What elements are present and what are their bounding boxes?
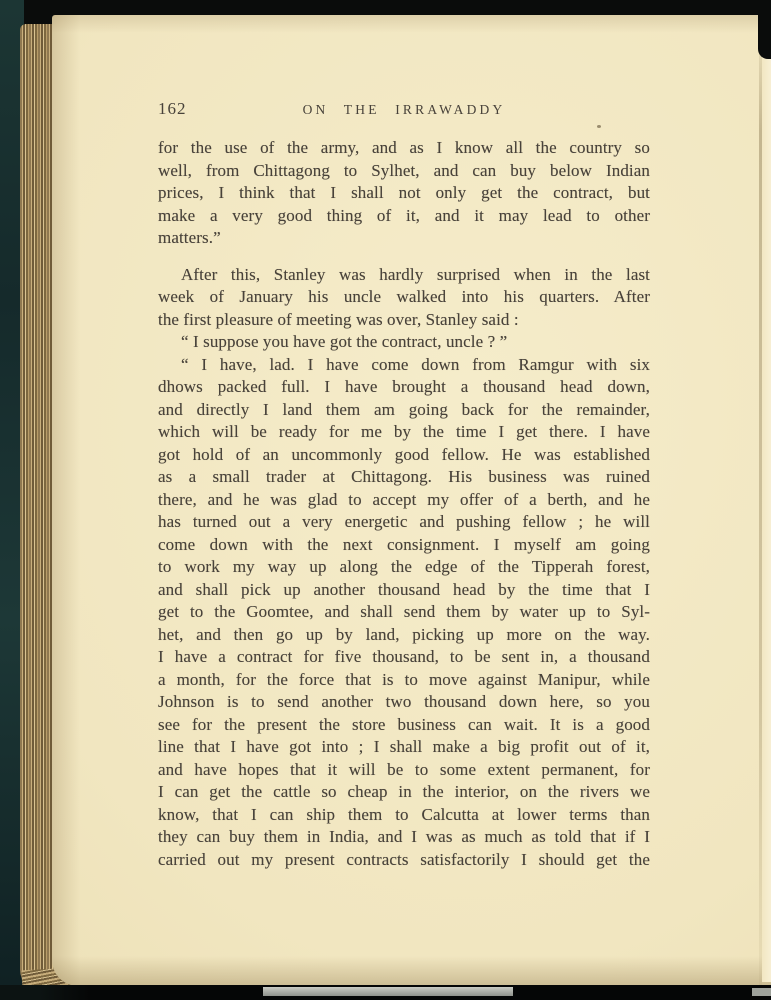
text-line: make a very good thing of it, and it may…	[158, 205, 650, 228]
text-line: as a small trader at Chittagong. His bus…	[158, 466, 650, 489]
book-page: 162 ON THE IRRAWADDY for the use of the …	[52, 15, 771, 986]
paragraph: “ I suppose you have got the contract, u…	[158, 331, 650, 354]
text-line: Johnson is to send another two thousand …	[158, 691, 650, 714]
text-line: “ I suppose you have got the contract, u…	[158, 331, 650, 354]
book-photo: 162 ON THE IRRAWADDY for the use of the …	[0, 0, 771, 1000]
text-line: to work my way up along the edge of the …	[158, 556, 650, 579]
text-line: matters.”	[158, 227, 650, 250]
text-line: het, and then go up by land, picking up …	[158, 624, 650, 647]
text-line: got hold of an uncommonly good fellow. H…	[158, 444, 650, 467]
text-line: dhows packed full. I have brought a thou…	[158, 376, 650, 399]
text-line: carried out my present contracts satisfa…	[158, 849, 650, 872]
text-line: I have a contract for five thousand, to …	[158, 646, 650, 669]
text-line: and shall pick up another thousand head …	[158, 579, 650, 602]
text-line: has turned out a very energetic and push…	[158, 511, 650, 534]
page-number: 162	[158, 99, 187, 119]
paragraph: “ I have, lad. I have come down from Ram…	[158, 354, 650, 872]
page-header: 162 ON THE IRRAWADDY	[158, 99, 650, 121]
text-line: prices, I think that I shall not only ge…	[158, 182, 650, 205]
text-line: a month, for the force that is to move a…	[158, 669, 650, 692]
table-edge-highlight	[263, 987, 513, 996]
text-line: know, that I can ship them to Calcutta a…	[158, 804, 650, 827]
page-content: 162 ON THE IRRAWADDY for the use of the …	[158, 99, 650, 871]
text-line: they can buy them in India, and I was as…	[158, 826, 650, 849]
next-page-edge	[762, 21, 771, 982]
text-line: and directly I land them am going back f…	[158, 399, 650, 422]
paragraph: After this, Stanley was hardly surprised…	[158, 264, 650, 332]
text-line: and have hopes that it will be to some e…	[158, 759, 650, 782]
text-line: well, from Chittagong to Sylhet, and can…	[158, 160, 650, 183]
text-line: the first pleasure of meeting was over, …	[158, 309, 650, 332]
table-backdrop	[0, 985, 771, 1000]
text-line: line that I have got into ; I shall make…	[158, 736, 650, 759]
text-line: After this, Stanley was hardly surprised…	[158, 264, 650, 287]
paragraph: for the use of the army, and as I know a…	[158, 137, 650, 250]
text-line: “ I have, lad. I have come down from Ram…	[158, 354, 650, 377]
page-body: for the use of the army, and as I know a…	[158, 137, 650, 871]
text-line: week of January his uncle walked into hi…	[158, 286, 650, 309]
table-edge-highlight-small	[752, 988, 771, 996]
text-line: see for the present the store business c…	[158, 714, 650, 737]
text-line: which will be ready for me by the time I…	[158, 421, 650, 444]
text-line: come down with the next consignment. I m…	[158, 534, 650, 557]
running-title: ON THE IRRAWADDY	[158, 99, 650, 118]
text-line: there, and he was glad to accept my offe…	[158, 489, 650, 512]
text-line: for the use of the army, and as I know a…	[158, 137, 650, 160]
text-line: I can get the cattle so cheap in the int…	[158, 781, 650, 804]
text-line: get to the Goomtee, and shall send them …	[158, 601, 650, 624]
shadow-corner-top-right	[758, 15, 771, 59]
